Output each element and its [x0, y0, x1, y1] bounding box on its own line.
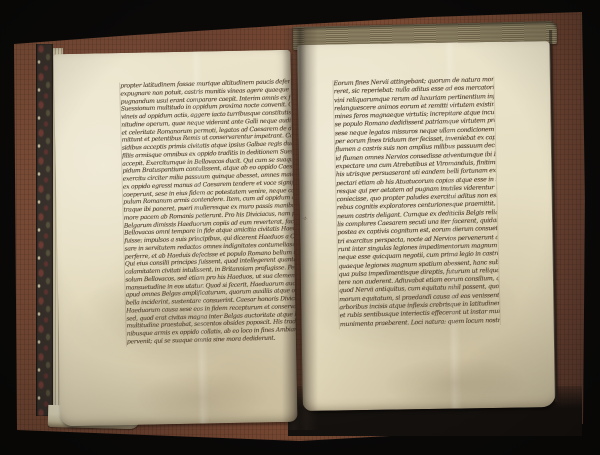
manuscript-photo: propter latitudinem fossae murique altit…: [0, 0, 600, 455]
left-manuscript-page: propter latitudinem fossae murique altit…: [53, 50, 297, 426]
right-manuscript-page: Eorum fines Nervii attingebant; quorum d…: [297, 41, 556, 411]
left-page-text-block: propter latitudinem fossae murique altit…: [119, 78, 298, 346]
marginal-gloss: ·t·: [303, 217, 308, 222]
marbled-endpaper-strip: [36, 44, 53, 416]
right-page-text-block: Eorum fines Nervii attingebant; quorum d…: [332, 76, 500, 329]
